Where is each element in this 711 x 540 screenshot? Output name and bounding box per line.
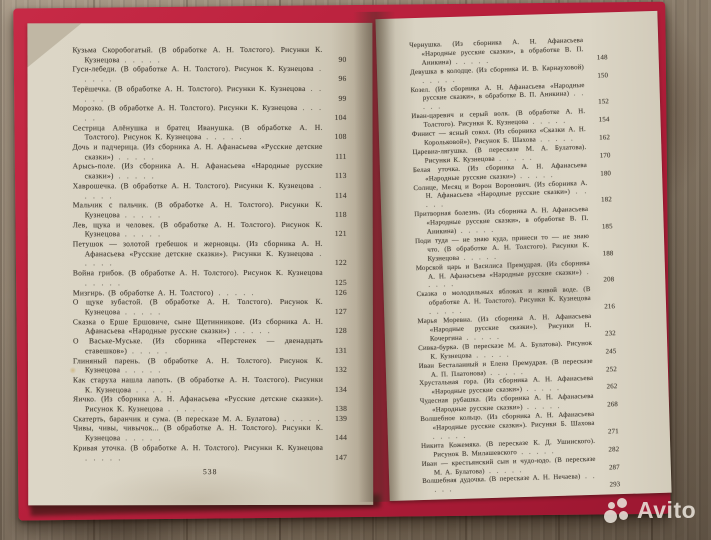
toc-entry-page-number: 144 <box>335 433 347 443</box>
toc-entry-title: Морозко. (В обработке А. Н. Толстого). Р… <box>73 103 323 122</box>
toc-entry-title: Сказка о молодильных яблоках и живой вод… <box>417 286 591 316</box>
toc-entry-title: Чудесная рубашка. (Из сборника А. Н. Афа… <box>420 393 594 414</box>
toc-entry: Кривая уточка. (В обработке А. Н. Толсто… <box>73 443 347 463</box>
toc-entry-page-number: 114 <box>335 190 347 200</box>
toc-entry-title: Девушка в колодце. (Из сборника И. В. Ка… <box>410 64 584 85</box>
toc-entry: Царевна-лягушка. (В пересказе М. А. Була… <box>412 143 610 167</box>
toc-entry-title: Никита Кожемяка. (В пересказе К. Д. Ушин… <box>421 438 595 459</box>
toc-entry-title: Чернушка. (Из сборника А. Н. Афанасьева … <box>409 37 583 67</box>
toc-entry: Мизгирь. (В обработке А. Н. Толстого) 12… <box>73 287 347 297</box>
toc-entry: Арысь-поле. (Из сборника А. Н. Афанасьев… <box>73 161 347 181</box>
toc-entry-page-number: 147 <box>335 452 347 462</box>
open-book-photo: Кузьма Скоробогатый. (В обработке А. Н. … <box>0 0 711 540</box>
toc-entry-page-number: 113 <box>335 171 347 181</box>
toc-entry-title: Терёшечка. (В обработке А. Н. Толстого).… <box>73 84 323 103</box>
toc-entry-title: Хрустальная гора. (Из сборника А. Н. Афа… <box>419 375 593 396</box>
toc-entry-page-number: 121 <box>335 229 347 239</box>
toc-entry-title: Кузьма Скоробогатый. (В обработке А. Н. … <box>72 45 322 64</box>
toc-entry-title: Иван-царевич и серый волк. (В обработке … <box>411 108 585 129</box>
toc-entry-page-number: 185 <box>602 223 613 232</box>
toc-entry-title: Иван — крестьянский сын и чудо-юдо. (В п… <box>422 455 596 476</box>
toc-entry-page-number: 125 <box>335 278 347 288</box>
avito-watermark-label: Avito <box>637 494 696 526</box>
toc-entry: Морской царь и Василиса Премудрая. (Из с… <box>416 259 615 292</box>
toc-entry-page-number: 127 <box>335 307 347 317</box>
toc-entry: Дочь и падчерица. (Из сборника А. Н. Афа… <box>73 142 347 162</box>
toc-entry-page-number: 108 <box>335 132 347 142</box>
toc-entry: Морозко. (В обработке А. Н. Толстого). Р… <box>73 103 347 123</box>
toc-entry-page-number: 170 <box>600 152 611 161</box>
toc-entry-page-number: 162 <box>599 134 610 143</box>
toc-entry-page-number: 99 <box>339 93 347 103</box>
toc-entry: Притворная болезнь. (Из сборника А. Н. А… <box>414 205 613 238</box>
toc-entry-title: Морской царь и Василиса Премудрая. (Из с… <box>416 260 590 290</box>
toc-entry-title: Мизгирь. (В обработке А. Н. Толстого) <box>73 288 255 297</box>
toc-entry-title: Марья Моревна. (Из сборника А. Н. Афанас… <box>417 313 591 343</box>
toc-entry-page-number: 122 <box>335 258 347 268</box>
toc-entry-page-number: 293 <box>609 481 620 490</box>
toc-entry: Солнце, Месяц и Ворон Воронович. (Из сбо… <box>413 179 612 212</box>
toc-entry: Сестрица Алёнушка и братец Иванушка. (В … <box>73 122 347 142</box>
toc-entry: Финист — ясный сокол. (Из сборника «Сказ… <box>412 125 610 149</box>
toc-entry-page-number: 232 <box>605 330 616 339</box>
toc-entry-title: О щуке зубастой. (В обработке А. Н. Толс… <box>73 297 323 316</box>
toc-entry-page-number: 126 <box>335 287 347 297</box>
avito-watermark: Avito <box>604 494 696 526</box>
toc-entry-title: Поди туда — не знаю куда, принеси то — н… <box>415 233 589 263</box>
toc-entry: Волшебная дудочка. (В пересказе А. Н. Не… <box>422 473 620 497</box>
toc-entry: О щуке зубастой. (В обработке А. Н. Толс… <box>73 297 347 317</box>
toc-entry-title: Козел. (Из сборника А. Н. Афанасьева «На… <box>410 82 584 112</box>
toc-entry: Чудесная рубашка. (Из сборника А. Н. Афа… <box>420 392 618 416</box>
toc-entry: Марья Моревна. (Из сборника А. Н. Афанас… <box>417 312 616 345</box>
toc-entry-title: Царевна-лягушка. (В пересказе М. А. Була… <box>412 144 586 165</box>
toc-entry-title: Солнце, Месяц и Ворон Воронович. (Из сбо… <box>413 179 587 209</box>
toc-entry-page-number: 208 <box>603 277 614 286</box>
toc-entry-page-number: 90 <box>338 55 346 65</box>
toc-entry-page-number: 262 <box>607 384 618 393</box>
toc-entry-page-number: 188 <box>603 250 614 259</box>
toc-entry-page-number: 271 <box>608 428 619 437</box>
toc-entry-page-number: 245 <box>605 348 616 357</box>
toc-entry-title: Волшебная дудочка. (В пересказе А. Н. Не… <box>422 473 596 494</box>
avito-logo-icon <box>604 494 634 526</box>
toc-entry-page-number: 216 <box>604 303 615 312</box>
toc-entry-title: Яичко. (Из сборника А. Н. Афанасьева «Ру… <box>73 394 323 413</box>
toc-entry: Лев, щука и человек. (В обработке А. Н. … <box>73 220 347 240</box>
toc-entry-page-number: 134 <box>335 384 347 394</box>
toc-entry: Мальчик с пальчик. (В обработке А. Н. То… <box>73 200 347 220</box>
toc-entry: Скатерть, баранчик и сума. (В пересказе … <box>73 414 347 424</box>
toc-entry-title: Петушок — золотой гребешок и жерновцы. (… <box>73 239 323 268</box>
toc-entry-title: Как старуха нашла лапоть. (В обработке А… <box>73 375 323 394</box>
toc-entry: Чернушка. (Из сборника А. Н. Афанасьева … <box>409 36 608 69</box>
toc-entry-title: Мальчик с пальчик. (В обработке А. Н. То… <box>73 200 323 219</box>
book-page-left: Кузьма Скоробогатый. (В обработке А. Н. … <box>27 23 373 506</box>
toc-entry-title: Иван Бесталанный и Елена Премудрая. (В п… <box>419 358 593 379</box>
toc-entry: Иван Бесталанный и Елена Премудрая. (В п… <box>419 357 617 381</box>
book-page-right: Чернушка. (Из сборника А. Н. Афанасьева … <box>375 11 671 501</box>
toc-entry-page-number: 182 <box>601 197 612 206</box>
toc-entry-page-number: 96 <box>338 74 346 84</box>
toc-entry: О Ваське-Муське. (Из сборника «Перстенек… <box>73 336 347 356</box>
toc-entry: Война грибов. (В обработке А. Н. Толстог… <box>73 268 347 288</box>
toc-entry-title: Сивка-бурка. (В пересказе М. А. Булатова… <box>418 340 592 361</box>
toc-entry: Иван — крестьянский сын и чудо-юдо. (В п… <box>422 455 620 479</box>
toc-entry-page-number: 131 <box>335 346 347 356</box>
toc-entry-title: Хаврошечка. (В обработке А. Н. Толстого)… <box>73 181 323 200</box>
toc-entry-page-number: 154 <box>599 116 610 125</box>
toc-entry: Девушка в колодце. (Из сборника И. В. Ка… <box>410 63 608 87</box>
toc-entry: Терёшечка. (В обработке А. Н. Толстого).… <box>73 84 347 104</box>
toc-entry-title: Война грибов. (В обработке А. Н. Толстог… <box>73 268 323 287</box>
toc-entry: Как старуха нашла лапоть. (В обработке А… <box>73 375 347 395</box>
toc-entry: Кузьма Скоробогатый. (В обработке А. Н. … <box>72 45 346 65</box>
page-number-left: 538 <box>73 467 347 477</box>
toc-entry: Сказка о Ерше Ершовиче, сыне Щетинникове… <box>73 317 347 337</box>
toc-list-left: Кузьма Скоробогатый. (В обработке А. Н. … <box>72 45 347 477</box>
toc-entry: Гуси-лебеди. (В обработке А. Н. Толстого… <box>72 64 346 84</box>
toc-entry-page-number: 118 <box>335 210 347 220</box>
toc-entry-page-number: 152 <box>598 99 609 108</box>
toc-entry-title: Волшебное кольцо. (Из сборника А. Н. Афа… <box>420 411 594 441</box>
toc-entry-title: Дочь и падчерица. (Из сборника А. Н. Афа… <box>73 142 323 161</box>
toc-entry-page-number: 287 <box>609 464 620 473</box>
toc-entry: Петушок — золотой гребешок и жерновцы. (… <box>73 239 347 269</box>
toc-entry: Чивы, чивы, чивычок... (В обработке А. Н… <box>73 423 347 443</box>
toc-entry-title: Чивы, чивы, чивычок... (В обработке А. Н… <box>73 423 323 442</box>
toc-entry: Поди туда — не знаю куда, принеси то — н… <box>415 232 614 265</box>
toc-entry-title: Финист — ясный сокол. (Из сборника «Сказ… <box>412 126 586 147</box>
toc-entry: Сивка-бурка. (В пересказе М. А. Булатова… <box>418 339 616 363</box>
toc-entry-page-number: 128 <box>335 326 347 336</box>
toc-entry-page-number: 111 <box>335 152 346 162</box>
toc-entry-title: Глиняный парень. (В обработке А. Н. Толс… <box>73 355 323 374</box>
toc-entry: Никита Кожемяка. (В пересказе К. Д. Ушин… <box>421 437 619 461</box>
toc-entry: Яичко. (Из сборника А. Н. Афанасьева «Ру… <box>73 394 347 414</box>
toc-entry-page-number: 268 <box>607 401 618 410</box>
toc-entry: Иван-царевич и серый волк. (В обработке … <box>411 108 609 132</box>
toc-entry-page-number: 150 <box>597 72 608 81</box>
toc-entry-page-number: 180 <box>600 170 611 179</box>
toc-entry-title: Сказка о Ерше Ершовиче, сыне Щетинникове… <box>73 317 323 336</box>
toc-entry-title: Кривая уточка. (В обработке А. Н. Толсто… <box>73 443 323 462</box>
toc-entry: Хаврошечка. (В обработке А. Н. Толстого)… <box>73 181 347 201</box>
toc-entry-page-number: 104 <box>335 113 347 123</box>
toc-entry-page-number: 132 <box>335 365 347 375</box>
toc-entry: Белая уточка. (Из сборника А. Н. Афанась… <box>413 161 611 185</box>
toc-entry-title: О Ваське-Муське. (Из сборника «Перстенек… <box>73 336 323 355</box>
toc-entry: Сказка о молодильных яблоках и живой вод… <box>417 286 616 319</box>
toc-entry-page-number: 252 <box>606 366 617 375</box>
toc-entry: Козел. (Из сборника А. Н. Афанасьева «На… <box>410 81 609 114</box>
toc-entry-title: Арысь-поле. (Из сборника А. Н. Афанасьев… <box>73 161 323 180</box>
toc-entry-title: Белая уточка. (Из сборника А. Н. Афанась… <box>413 162 587 183</box>
toc-entry-page-number: 139 <box>335 414 347 424</box>
toc-entry-page-number: 138 <box>335 404 347 414</box>
toc-entry-title: Сестрица Алёнушка и братец Иванушка. (В … <box>73 123 323 142</box>
toc-entry-page-number: 148 <box>597 54 608 63</box>
toc-entry-title: Гуси-лебеди. (В обработке А. Н. Толстого… <box>72 64 322 83</box>
toc-entry-title: Скатерть, баранчик и сума. (В пересказе … <box>73 414 321 423</box>
toc-list-right: Чернушка. (Из сборника А. Н. Афанасьева … <box>409 36 621 501</box>
toc-entry-title: Лев, щука и человек. (В обработке А. Н. … <box>73 220 323 239</box>
toc-entry: Хрустальная гора. (Из сборника А. Н. Афа… <box>419 375 617 399</box>
toc-entry-page-number: 282 <box>608 446 619 455</box>
toc-entry: Волшебное кольцо. (Из сборника А. Н. Афа… <box>420 410 619 443</box>
toc-entry: Глиняный парень. (В обработке А. Н. Толс… <box>73 355 347 375</box>
toc-entry-title: Притворная болезнь. (Из сборника А. Н. А… <box>414 206 588 236</box>
